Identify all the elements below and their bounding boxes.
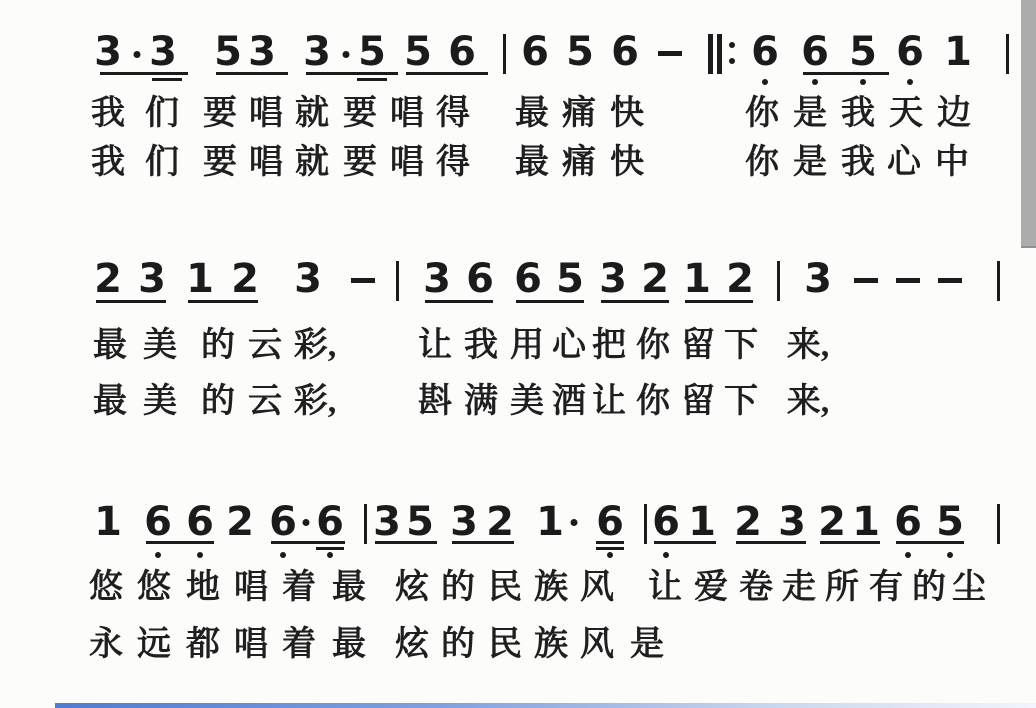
note-digit-line1: 5 [214, 32, 242, 72]
lyric-char-verse1: 们 [145, 95, 179, 133]
lyric-char-verse1: 有 [869, 569, 903, 607]
lyric-char-verse1: 是 [793, 95, 827, 133]
lyric-char-verse2: 美 [143, 383, 177, 421]
scrollbar-thumb[interactable] [1021, 0, 1036, 248]
lyric-char-verse1: 让 [648, 569, 682, 607]
note-digit-line3: 1 [536, 502, 564, 542]
underline-beam [100, 72, 188, 75]
lyric-char-verse2: 的 [201, 383, 235, 421]
lyric-char-verse2: 满 [464, 383, 498, 421]
lyric-char-verse2: 留 [681, 383, 715, 421]
lyric-char-verse2: 彩, [294, 383, 337, 421]
barline [503, 34, 506, 74]
lyric-char-verse2: 中 [935, 144, 969, 182]
low-octave-dot [947, 552, 953, 558]
lyric-char-verse2: 云 [248, 383, 282, 421]
repeat-sign-dot [729, 58, 735, 64]
note-digit-line3: 2 [818, 502, 846, 542]
note-digit-line2: 6 [466, 259, 494, 299]
lyric-char-verse2: 着 [282, 626, 316, 664]
lyric-char-verse2: 唱 [390, 144, 424, 182]
note-digit-line1: 6 [896, 32, 924, 72]
note-digit-line3: 6 [596, 502, 624, 542]
lyric-char-verse2: 最 [93, 383, 127, 421]
lyric-char-verse1: 来, [787, 327, 830, 365]
underline-beam [452, 541, 514, 544]
barline [997, 261, 1000, 301]
note-digit-line1: 5 [566, 32, 594, 72]
barline [396, 261, 399, 301]
note-digit-line3: 2 [734, 502, 762, 542]
underline-beam-second [357, 78, 387, 81]
lyric-char-verse2: 你 [636, 383, 670, 421]
underline-beam [306, 72, 398, 75]
lyric-char-verse2: 都 [186, 626, 220, 664]
note-digit-line1: 6 [611, 32, 639, 72]
note-digit-line1: 1 [944, 32, 972, 72]
measure-dash [658, 51, 682, 56]
lyric-char-verse1: 边 [937, 95, 971, 133]
barline [1006, 34, 1009, 74]
note-digit-line2: 2 [231, 259, 259, 299]
note-digit-line1: 6 [521, 32, 549, 72]
lyric-char-verse2: 痛 [562, 144, 596, 182]
lyric-char-verse1: 把 [592, 327, 626, 365]
measure-dash [896, 278, 920, 283]
repeat-sign-bar [717, 34, 722, 74]
underline-beam [406, 72, 488, 75]
note-digit-line2: 6 [514, 259, 542, 299]
lyric-char-verse1: 地 [186, 569, 220, 607]
lyric-char-verse1: 炫 [395, 569, 429, 607]
underline-beam [601, 300, 669, 303]
lyric-char-verse2: 要 [343, 144, 377, 182]
underline-beam [425, 300, 493, 303]
lyric-char-verse2: 最 [332, 626, 366, 664]
underline-beam [685, 300, 753, 303]
note-digit-line1: 3 [303, 32, 331, 72]
note-digit-line3: 3 [450, 502, 478, 542]
lyric-char-verse1: 最 [332, 569, 366, 607]
lyric-char-verse1: 就 [295, 95, 329, 133]
lyric-char-verse2: 永 [89, 626, 123, 664]
low-octave-dot [907, 79, 913, 85]
lyric-char-verse1: 下 [724, 327, 758, 365]
lyric-char-verse2: 快 [610, 144, 644, 182]
barline [997, 504, 1000, 544]
lyric-char-verse1: 要 [203, 95, 237, 133]
lyric-char-verse1: 美 [143, 327, 177, 365]
note-digit-line3: 3 [373, 502, 401, 542]
lyric-char-verse1: 你 [636, 327, 670, 365]
note-digit-line3: 2 [486, 502, 514, 542]
lyric-char-verse2: 斟 [418, 383, 452, 421]
note-digit-line2: 2 [94, 259, 122, 299]
note-digit-line2: 3 [138, 259, 166, 299]
lyric-char-verse2: 风 [580, 626, 614, 664]
note-digit-line1: 3 [248, 32, 276, 72]
lyric-char-verse2: 美 [510, 383, 544, 421]
barline [364, 504, 367, 544]
barline [777, 261, 780, 301]
lyric-char-verse2: 心 [887, 144, 921, 182]
measure-dash [351, 278, 375, 283]
lyric-char-verse1: 卷 [739, 569, 773, 607]
lyric-char-verse2: 就 [295, 144, 329, 182]
duration-dot [134, 51, 141, 58]
underline-beam [516, 300, 584, 303]
lyric-char-verse1: 你 [745, 95, 779, 133]
lyric-char-verse1: 唱 [234, 569, 268, 607]
lyric-char-verse2: 让 [592, 383, 626, 421]
underline-beam-second [152, 78, 182, 81]
note-digit-line1: 6 [448, 32, 476, 72]
underline-beam [375, 541, 437, 544]
lyric-char-verse1: 彩, [294, 327, 337, 365]
lyric-char-verse1: 着 [282, 569, 316, 607]
underline-beam [271, 541, 345, 544]
lyric-char-verse1: 所 [825, 569, 859, 607]
underline-beam [96, 300, 166, 303]
repeat-sign-bar [708, 34, 713, 74]
lyric-char-verse1: 我 [91, 95, 125, 133]
underline-beam [596, 541, 624, 544]
low-octave-dot [155, 552, 161, 558]
underline-beam [146, 541, 214, 544]
underline-beam [820, 541, 880, 544]
note-digit-line3: 1 [852, 502, 880, 542]
lyric-char-verse1: 的 [912, 569, 946, 607]
lyric-char-verse2: 最 [515, 144, 549, 182]
note-digit-line3: 3 [778, 502, 806, 542]
note-digit-line2: 5 [556, 259, 584, 299]
lyric-char-verse2: 是 [793, 144, 827, 182]
repeat-sign-dot [729, 42, 735, 48]
lyric-char-verse1: 让 [418, 327, 452, 365]
note-digit-line2: 3 [294, 259, 322, 299]
note-digit-line3: 6 [652, 502, 680, 542]
bottom-progress-bar [55, 703, 1036, 708]
lyric-char-verse2: 的 [441, 626, 475, 664]
lyric-char-verse2: 族 [534, 626, 568, 664]
lyric-char-verse2: 我 [91, 144, 125, 182]
lyric-char-verse1: 最 [93, 327, 127, 365]
lyric-char-verse1: 悠 [89, 569, 123, 607]
lyric-char-verse1: 族 [534, 569, 568, 607]
lyric-char-verse1: 痛 [562, 95, 596, 133]
lyric-char-verse2: 唱 [234, 626, 268, 664]
underline-beam [654, 541, 716, 544]
note-digit-line2: 3 [804, 259, 832, 299]
lyric-char-verse2: 民 [488, 626, 522, 664]
lyric-char-verse1: 悠 [137, 569, 171, 607]
note-digit-line2: 2 [641, 259, 669, 299]
duration-dot [303, 519, 310, 526]
lyric-char-verse2: 我 [841, 144, 875, 182]
lyric-char-verse2: 是 [630, 626, 664, 664]
note-digit-line3: 6 [894, 502, 922, 542]
measure-dash [854, 278, 878, 283]
low-octave-dot [327, 552, 333, 558]
lyric-char-verse1: 走 [782, 569, 816, 607]
lyric-char-verse1: 民 [488, 569, 522, 607]
lyric-char-verse1: 要 [343, 95, 377, 133]
barline [644, 504, 647, 544]
duration-dot [571, 519, 578, 526]
lyric-char-verse1: 得 [436, 95, 470, 133]
lyric-char-verse1: 爱 [694, 569, 728, 607]
duration-dot [343, 51, 350, 58]
lyric-char-verse1: 风 [580, 569, 614, 607]
lyric-char-verse1: 云 [248, 327, 282, 365]
lyric-char-verse2: 要 [203, 144, 237, 182]
note-digit-line1: 5 [358, 32, 386, 72]
underline-beam-second [316, 547, 344, 550]
sheet-music-page: 3353355665666561我们要唱就要唱得最痛快你是我天边我们要唱就要唱得… [0, 0, 1036, 708]
lyric-char-verse2: 远 [137, 626, 171, 664]
lyric-char-verse1: 我 [841, 95, 875, 133]
note-digit-line3: 5 [936, 502, 964, 542]
note-digit-line1: 6 [801, 32, 829, 72]
lyric-char-verse1: 的 [441, 569, 475, 607]
lyric-char-verse2: 们 [145, 144, 179, 182]
note-digit-line3: 1 [94, 502, 122, 542]
note-digit-line1: 3 [94, 32, 122, 72]
lyric-char-verse2: 你 [745, 144, 779, 182]
lyric-char-verse1: 快 [610, 95, 644, 133]
low-octave-dot [812, 79, 818, 85]
lyric-char-verse1: 唱 [390, 95, 424, 133]
note-digit-line3: 6 [269, 502, 297, 542]
lyric-char-verse1: 用 [510, 327, 544, 365]
note-digit-line1: 3 [149, 32, 177, 72]
note-digit-line3: 6 [144, 502, 172, 542]
underline-beam [896, 541, 964, 544]
lyric-char-verse2: 得 [436, 144, 470, 182]
note-digit-line2: 2 [726, 259, 754, 299]
lyric-char-verse1: 我 [464, 327, 498, 365]
low-octave-dot [663, 552, 669, 558]
low-octave-dot [860, 79, 866, 85]
underline-beam [736, 541, 806, 544]
note-digit-line1: 6 [751, 32, 779, 72]
lyric-char-verse1: 唱 [249, 95, 283, 133]
note-digit-line1: 5 [404, 32, 432, 72]
low-octave-dot [280, 552, 286, 558]
note-digit-line3: 1 [688, 502, 716, 542]
underline-beam [216, 72, 288, 75]
note-digit-line1: 5 [849, 32, 877, 72]
lyric-char-verse1: 最 [515, 95, 549, 133]
note-digit-line3: 2 [226, 502, 254, 542]
lyric-char-verse2: 炫 [395, 626, 429, 664]
measure-dash [938, 278, 962, 283]
lyric-char-verse2: 来, [787, 383, 830, 421]
note-digit-line2: 1 [186, 259, 214, 299]
lyric-char-verse1: 的 [201, 327, 235, 365]
note-digit-line2: 1 [683, 259, 711, 299]
note-digit-line2: 3 [423, 259, 451, 299]
lyric-char-verse2: 酒 [552, 383, 586, 421]
lyric-char-verse1: 心 [552, 327, 586, 365]
underline-beam [188, 300, 258, 303]
low-octave-dot [905, 552, 911, 558]
lyric-char-verse1: 尘 [952, 569, 986, 607]
lyric-char-verse1: 留 [681, 327, 715, 365]
note-digit-line3: 5 [406, 502, 434, 542]
note-digit-line2: 3 [599, 259, 627, 299]
underline-beam [803, 72, 889, 75]
low-octave-dot [197, 552, 203, 558]
lyric-char-verse2: 下 [724, 383, 758, 421]
lyric-char-verse1: 天 [889, 95, 923, 133]
lyric-char-verse2: 唱 [249, 144, 283, 182]
note-digit-line3: 6 [316, 502, 344, 542]
note-digit-line3: 6 [186, 502, 214, 542]
underline-beam-second [596, 547, 624, 550]
low-octave-dot [762, 79, 768, 85]
low-octave-dot [607, 552, 613, 558]
